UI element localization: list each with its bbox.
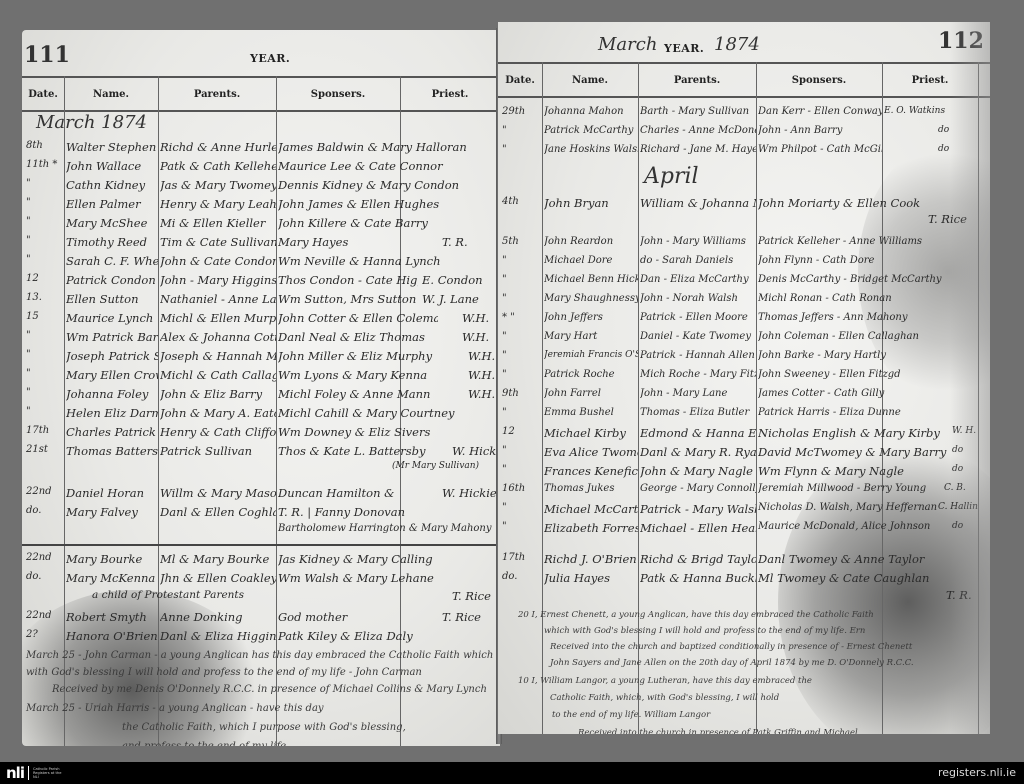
conversion-note: to the end of my life. William Langor	[552, 710, 710, 720]
entry-sponsors: John James & Ellen Hughes	[278, 197, 478, 211]
entry-parents: Nathaniel - Anne Lane	[160, 292, 276, 306]
entry-name: John Bryan	[544, 196, 638, 210]
entry-priest: E. O. Watkins	[884, 106, 978, 116]
entry-date: "	[26, 406, 64, 417]
entry-parents: Richard - Jane M. Hayes	[640, 144, 756, 155]
entry-date: do.	[26, 505, 64, 516]
entry-name: Ellen Sutton	[66, 292, 158, 306]
entry-parents: Patk & Hanna Buckley	[640, 571, 756, 585]
column-divider	[64, 76, 65, 746]
year-label: YEAR.	[664, 42, 704, 55]
entry-priest: E. Condon	[422, 273, 498, 287]
entry-sponsors: James Baldwin & Mary Halloran	[278, 140, 478, 154]
entry-sponsors: John - Ann Barry	[758, 125, 882, 136]
entry-parents: Edmond & Hanna English	[640, 426, 756, 440]
nli-logo-text: Catholic Parish Registers at the NLI	[33, 767, 63, 780]
entry-sponsors: Wm Lyons & Mary Kenna	[278, 368, 458, 382]
col-header-sponsors: Sponsers.	[276, 78, 400, 110]
entry-parents: William & Johanna Moriarty	[640, 196, 756, 210]
entry-date: 11th *	[26, 159, 64, 170]
entry-sponsors: Maurice McDonald, Alice Johnson	[758, 521, 938, 532]
entry-parents: John - Mary Higgins	[160, 273, 276, 287]
year-label: YEAR.	[250, 52, 290, 65]
entry-parents: Patrick - Ellen Moore	[640, 312, 756, 323]
entry-priest: T. R.	[442, 235, 498, 249]
conversion-note: Catholic Faith, which, with God's blessi…	[550, 693, 779, 703]
entry-date: 22nd	[26, 610, 64, 621]
entry-name: Wm Patrick Barry	[66, 330, 158, 344]
entry-date: 22nd	[26, 552, 64, 563]
entry-sponsors: Patk Kiley & Eliza Daly	[278, 629, 478, 643]
entry-sponsors: Wm Flynn & Mary Nagle	[758, 464, 948, 478]
entry-parents: Richd & Brigd Taylor	[640, 552, 756, 566]
register-page-left: 111 YEAR. Date. Name. Parents. Sponsers.…	[22, 30, 500, 746]
column-divider	[542, 62, 543, 734]
col-header-priest: Priest.	[882, 64, 978, 96]
entry-parents: John - Mary Lane	[640, 388, 756, 399]
entry-name: Patrick Roche	[544, 369, 638, 380]
entry-date: "	[502, 445, 542, 456]
entry-date: "	[26, 387, 64, 398]
entry-name: Eva Alice Twomey	[544, 445, 638, 459]
entry-name: Johanna Mahon	[544, 106, 638, 117]
entry-priest: T. Rice	[928, 212, 978, 226]
entry-name: Mary Bourke	[66, 552, 158, 566]
entry-sponsors: John Miller & Eliz Murphy	[278, 349, 458, 363]
entry-sponsors: John Moriarty & Ellen Cook	[758, 196, 958, 210]
entry-parents: Danl & Eliza Higgins	[160, 629, 276, 643]
entry-name: Maurice Lynch	[66, 311, 158, 325]
entry-date: 17th	[502, 552, 542, 563]
footer-bar: nli Catholic Parish Registers at the NLI…	[0, 762, 1024, 784]
entry-name: a child of Protestant Parents	[92, 589, 292, 601]
entry-name: John Jeffers	[544, 312, 638, 323]
entry-parents: John & Mary Nagle	[640, 464, 756, 478]
entry-priest: do	[938, 144, 978, 154]
entry-sponsors: Ml Twomey & Cate Caughlan	[758, 571, 978, 585]
entry-sponsors: John Killere & Cate Barry	[278, 216, 478, 230]
entry-sponsors: Mary Hayes	[278, 235, 398, 249]
entry-sponsors: Michl Foley & Anne Mann	[278, 387, 458, 401]
column-header-row: Date. Name. Parents. Sponsers. Priest.	[498, 62, 990, 98]
entry-priest: T. R.	[946, 588, 978, 602]
entry-date: "	[502, 274, 542, 285]
entry-name: John Wallace	[66, 159, 158, 173]
page-number: 112	[938, 28, 984, 54]
col-header-date: Date.	[498, 64, 542, 96]
entry-date: 17th	[26, 425, 64, 436]
entry-name: Mary McShee	[66, 216, 158, 230]
entry-date: "	[502, 369, 542, 380]
month-label: March	[598, 34, 657, 55]
entry-parents: John - Norah Walsh	[640, 293, 756, 304]
entry-date: 5th	[502, 236, 542, 247]
entry-sponsors: Wm Sutton, Mrs Sutton	[278, 292, 418, 306]
entry-date: 9th	[502, 388, 542, 399]
entry-date: 12	[26, 273, 64, 284]
entry-date: 4th	[502, 196, 542, 207]
col-header-priest: Priest.	[400, 78, 500, 110]
april-heading: April	[644, 164, 699, 189]
entry-name: Emma Bushel	[544, 407, 638, 418]
entry-parents: Barth - Mary Sullivan	[640, 106, 756, 117]
entry-name: Michael Kirby	[544, 426, 638, 440]
entry-parents: Patrick Sullivan	[160, 444, 276, 458]
entry-parents: Daniel - Kate Twomey	[640, 331, 756, 342]
logo-divider	[28, 766, 29, 780]
entry-sponsors: John Cotter & Ellen Coleman	[278, 311, 438, 325]
entry-sponsors: Wm Philpot - Cath McGilly	[758, 144, 882, 155]
entry-priest: T. Rice	[452, 589, 498, 603]
entry-parents: Charles - Anne McDonald	[640, 125, 756, 136]
entry-priest: W. Hick	[452, 444, 498, 458]
entry-sponsors: John Coleman - Ellen Callaghan	[758, 331, 978, 342]
entry-priest: W.H.	[462, 311, 498, 325]
conversion-note: March 25 - Uriah Harris - a young Anglic…	[26, 703, 324, 714]
entry-sponsors: David McTwomey & Mary Barry	[758, 445, 948, 459]
entry-sponsors: Thomas Jeffers - Ann Mahony	[758, 312, 978, 323]
entry-date: "	[26, 254, 64, 265]
entry-name: Michael Dore	[544, 255, 638, 266]
entry-name: Robert Smyth	[66, 610, 158, 624]
entry-name: Thomas Battersby	[66, 444, 158, 458]
entry-name: Timothy Reed	[66, 235, 158, 249]
entry-name: Julia Hayes	[544, 571, 638, 585]
conversion-note: Received into the church and baptized co…	[550, 642, 912, 652]
entry-name: Patrick McCarthy	[544, 125, 638, 136]
entry-parents: Patrick - Hannah Allen	[640, 350, 756, 361]
entry-name: Joseph Patrick Seesagen	[66, 349, 158, 363]
entry-sponsors: God mother	[278, 610, 398, 624]
entry-date: 12	[502, 426, 542, 437]
entry-name: John Farrel	[544, 388, 638, 399]
entry-name: Helen Eliz Darmody	[66, 406, 158, 420]
entry-date: 2?	[26, 629, 64, 640]
entry-sponsors: James Cotter - Cath Gilly	[758, 388, 978, 399]
entry-parents: Patk & Cath Kelleher	[160, 159, 276, 173]
entry-date: "	[502, 293, 542, 304]
column-divider	[978, 62, 979, 734]
entry-date: "	[26, 368, 64, 379]
entry-date: 15	[26, 311, 64, 322]
entry-name: Charles Patrick Kelly	[66, 425, 158, 439]
entry-name: Mary Hart	[544, 331, 638, 342]
entry-name: Daniel Horan	[66, 486, 158, 500]
entry-priest: W. Hickie	[442, 486, 498, 500]
entry-sponsors: Jas Kidney & Mary Calling	[278, 552, 498, 566]
nli-logo-mark: nli	[6, 765, 24, 781]
entry-date: 16th	[502, 483, 542, 494]
entry-name: Thomas Jukes	[544, 483, 638, 494]
entry-name: Jeremiah Francis O'Sullivan	[544, 350, 638, 360]
entry-parents: Henry & Mary Leahy	[160, 197, 276, 211]
entry-parents: John - Mary Williams	[640, 236, 756, 247]
entry-sponsors: John Sweeney - Ellen Fitzgd	[758, 369, 978, 380]
entry-sponsors: Danl Twomey & Anne Taylor	[758, 552, 978, 566]
entry-sponsors: Dan Kerr - Ellen Conway	[758, 106, 882, 117]
entry-priest: do	[938, 125, 978, 135]
entry-sponsors: John Barke - Mary Hartly	[758, 350, 978, 361]
entry-date: "	[26, 235, 64, 246]
entry-date: "	[26, 178, 64, 189]
conversion-note: and profess to the end of my life.	[122, 741, 289, 746]
entry-sponsors: Thos & Kate L. Battersby	[278, 444, 438, 458]
section-divider	[22, 544, 500, 546]
entry-parents: Thomas - Eliza Butler	[640, 407, 756, 418]
entry-name: Sarah C. F. Whelan	[66, 254, 158, 268]
col-header-date: Date.	[22, 78, 64, 110]
conversion-note: Received into the church in presence of …	[578, 728, 858, 734]
entry-name: Elizabeth Forrest	[544, 521, 638, 535]
entry-parents: Dan - Eliza McCarthy	[640, 274, 756, 285]
entry-sponsors: John Flynn - Cath Dore	[758, 255, 978, 266]
entry-date: "	[26, 330, 64, 341]
entry-name: Mary Shaughnessy	[544, 293, 638, 304]
entry-sponsors: Jeremiah Millwood - Berry Young	[758, 483, 938, 494]
entry-parents: John & Eliz Barry	[160, 387, 276, 401]
entry-priest: C. B.	[944, 483, 978, 493]
entry-parents: George - Mary Connolly	[640, 483, 756, 494]
entry-parents: Anne Donking	[160, 610, 276, 624]
entry-date: "	[502, 350, 542, 361]
nli-logo[interactable]: nli Catholic Parish Registers at the NLI	[6, 765, 63, 781]
entry-date: "	[502, 407, 542, 418]
entry-date: "	[26, 349, 64, 360]
entry-parents: Joseph & Hannah Murphy	[160, 349, 276, 363]
entry-date: "	[502, 125, 542, 136]
column-divider	[158, 76, 159, 746]
water-stain	[858, 142, 990, 402]
entry-date: "	[502, 331, 542, 342]
entry-date: "	[26, 216, 64, 227]
entry-name: Cathn Kidney	[66, 178, 158, 192]
entry-sponsors: Nicholas D. Walsh, Mary Heffernan	[758, 502, 938, 513]
col-header-parents: Parents.	[638, 64, 756, 96]
entry-date: "	[502, 502, 542, 513]
entry-name: Patrick Condon	[66, 273, 158, 287]
month-heading: March 1874	[36, 112, 147, 133]
entry-priest: do	[952, 445, 978, 455]
entry-parents: Danl & Mary R. Ryal	[640, 445, 756, 459]
entry-date: * "	[502, 312, 542, 323]
entry-name: Mary Falvey	[66, 505, 158, 519]
entry-sponsors: Dennis Kidney & Mary Condon	[278, 178, 478, 192]
entry-parents: Ml & Mary Bourke	[160, 552, 276, 566]
conversion-note: with God's blessing I will hold and prof…	[26, 667, 422, 678]
entry-priest: W.H.	[462, 330, 498, 344]
register-page-right: March YEAR. 1874 112 Date. Name. Parents…	[498, 22, 990, 734]
entry-sponsors: T. R. | Fanny Donovan	[278, 505, 498, 519]
entry-parents: Alex & Johanna Cotter	[160, 330, 276, 344]
col-header-parents: Parents.	[158, 78, 276, 110]
entry-sponsors: Thos Condon - Cate Higgins	[278, 273, 418, 287]
entry-parents: Richd & Anne Hurley	[160, 140, 276, 154]
conversion-note: March 25 - John Carman - a young Anglica…	[26, 650, 493, 661]
conversion-note: John Sayers and Jane Allen on the 20th d…	[550, 658, 914, 668]
entry-name: Ellen Palmer	[66, 197, 158, 211]
entry-sponsors: Nicholas English & Mary Kirby	[758, 426, 948, 440]
column-header-row: Date. Name. Parents. Sponsers. Priest.	[22, 76, 500, 112]
entry-sponsors: Wm Neville & Hanna Lynch	[278, 254, 478, 268]
entry-sponsors: (Mr Mary Sullivan)	[392, 461, 498, 471]
entry-name: Michael Benn Hickey	[544, 274, 638, 285]
entry-parents: Mi & Ellen Kieller	[160, 216, 276, 230]
entry-parents: Danl & Ellen Coghlan	[160, 505, 276, 519]
entry-date: do.	[26, 571, 64, 582]
entry-name: Hanora O'Brien	[66, 629, 158, 643]
year-value: 1874	[714, 34, 760, 55]
entry-sponsors: Michl Cahill & Mary Courtney	[278, 406, 498, 420]
entry-parents: Patrick - Mary Walsh	[640, 502, 756, 516]
entry-name: Mary Ellen Crowley	[66, 368, 158, 382]
entry-sponsors: Danl Neal & Eliz Thomas	[278, 330, 438, 344]
col-header-name: Name.	[542, 64, 638, 96]
entry-priest: W. J. Lane	[422, 292, 498, 306]
entry-priest: do	[952, 521, 978, 531]
entry-parents: Jhn & Ellen Coakley	[160, 571, 276, 585]
conversion-note: which with God's blessing I will hold an…	[544, 626, 865, 636]
entry-name: Frances Kenefick	[544, 464, 638, 478]
entry-sponsors: Bartholomew Harrington & Mary Mahony	[278, 523, 498, 534]
entry-sponsors: Patrick Harris - Eliza Dunne	[758, 407, 978, 418]
column-divider	[276, 76, 277, 746]
entry-date: do.	[502, 571, 542, 582]
col-header-sponsors: Sponsers.	[756, 64, 882, 96]
entry-name: Johanna Foley	[66, 387, 158, 401]
entry-name: Richd J. O'Brien	[544, 552, 638, 566]
entry-date: 29th	[502, 106, 542, 117]
entry-parents: do - Sarah Daniels	[640, 255, 756, 266]
conversion-note: 10 I, William Langor, a young Lutheran, …	[518, 676, 812, 686]
site-link[interactable]: registers.nli.ie	[938, 766, 1016, 779]
entry-priest: W.H.	[468, 387, 498, 401]
entry-sponsors: Duncan Hamilton &	[278, 486, 408, 500]
entry-name: Mary McKenna	[66, 571, 158, 585]
page-number: 111	[24, 42, 70, 68]
entry-parents: Willm & Mary Mason	[160, 486, 276, 500]
entry-parents: Jas & Mary Twomey	[160, 178, 276, 192]
entry-date: 13.	[26, 292, 64, 303]
entry-parents: John & Cate Condon	[160, 254, 276, 268]
entry-parents: Michl & Ellen Murphy	[160, 311, 276, 325]
entry-parents: Michael - Ellen Healy	[640, 521, 756, 535]
entry-parents: Tim & Cate Sullivan	[160, 235, 276, 249]
entry-sponsors: Wm Walsh & Mary Lehane	[278, 571, 478, 585]
col-header-name: Name.	[64, 78, 158, 110]
entry-date: 22nd	[26, 486, 64, 497]
entry-sponsors: Maurice Lee & Cate Connor	[278, 159, 478, 173]
entry-date: 21st	[26, 444, 64, 455]
conversion-note: 20 I, Ernest Chenett, a young Anglican, …	[518, 610, 874, 620]
entry-name: Walter Stephen	[66, 140, 158, 154]
entry-priest: W. H.	[952, 426, 978, 436]
entry-priest: W.H.	[468, 368, 498, 382]
entry-date: "	[502, 464, 542, 475]
entry-date: 8th	[26, 140, 64, 151]
entry-name: Michael McCarthy	[544, 502, 638, 516]
entry-priest: T. Rice	[442, 610, 498, 624]
entry-priest: W.H.	[468, 349, 498, 363]
entry-sponsors: Denis McCarthy - Bridget McCarthy	[758, 274, 978, 285]
conversion-note: the Catholic Faith, which I purpose with…	[122, 722, 406, 733]
entry-priest: C. Hallinan	[938, 502, 978, 512]
entry-date: "	[502, 521, 542, 532]
entry-sponsors: Michl Ronan - Cath Ronan	[758, 293, 978, 304]
entry-parents: John & Mary A. Eaton	[160, 406, 276, 420]
entry-parents: Michl & Cath Callaghan	[160, 368, 276, 382]
entry-sponsors: Wm Downey & Eliz Sivers	[278, 425, 498, 439]
entry-priest: do	[952, 464, 978, 474]
entry-date: "	[502, 144, 542, 155]
image-viewer: 111 YEAR. Date. Name. Parents. Sponsers.…	[0, 0, 1024, 762]
conversion-note: Received by me Denis O'Donnely R.C.C. in…	[52, 684, 487, 695]
entry-parents: Henry & Cath Clifford	[160, 425, 276, 439]
entry-name: Jane Hoskins Walsh	[544, 144, 638, 155]
entry-sponsors: Patrick Kelleher - Anne Williams	[758, 236, 978, 247]
entry-name: John Reardon	[544, 236, 638, 247]
entry-date: "	[502, 255, 542, 266]
entry-date: "	[26, 197, 64, 208]
entry-parents: Mich Roche - Mary Fitzgd	[640, 369, 756, 380]
